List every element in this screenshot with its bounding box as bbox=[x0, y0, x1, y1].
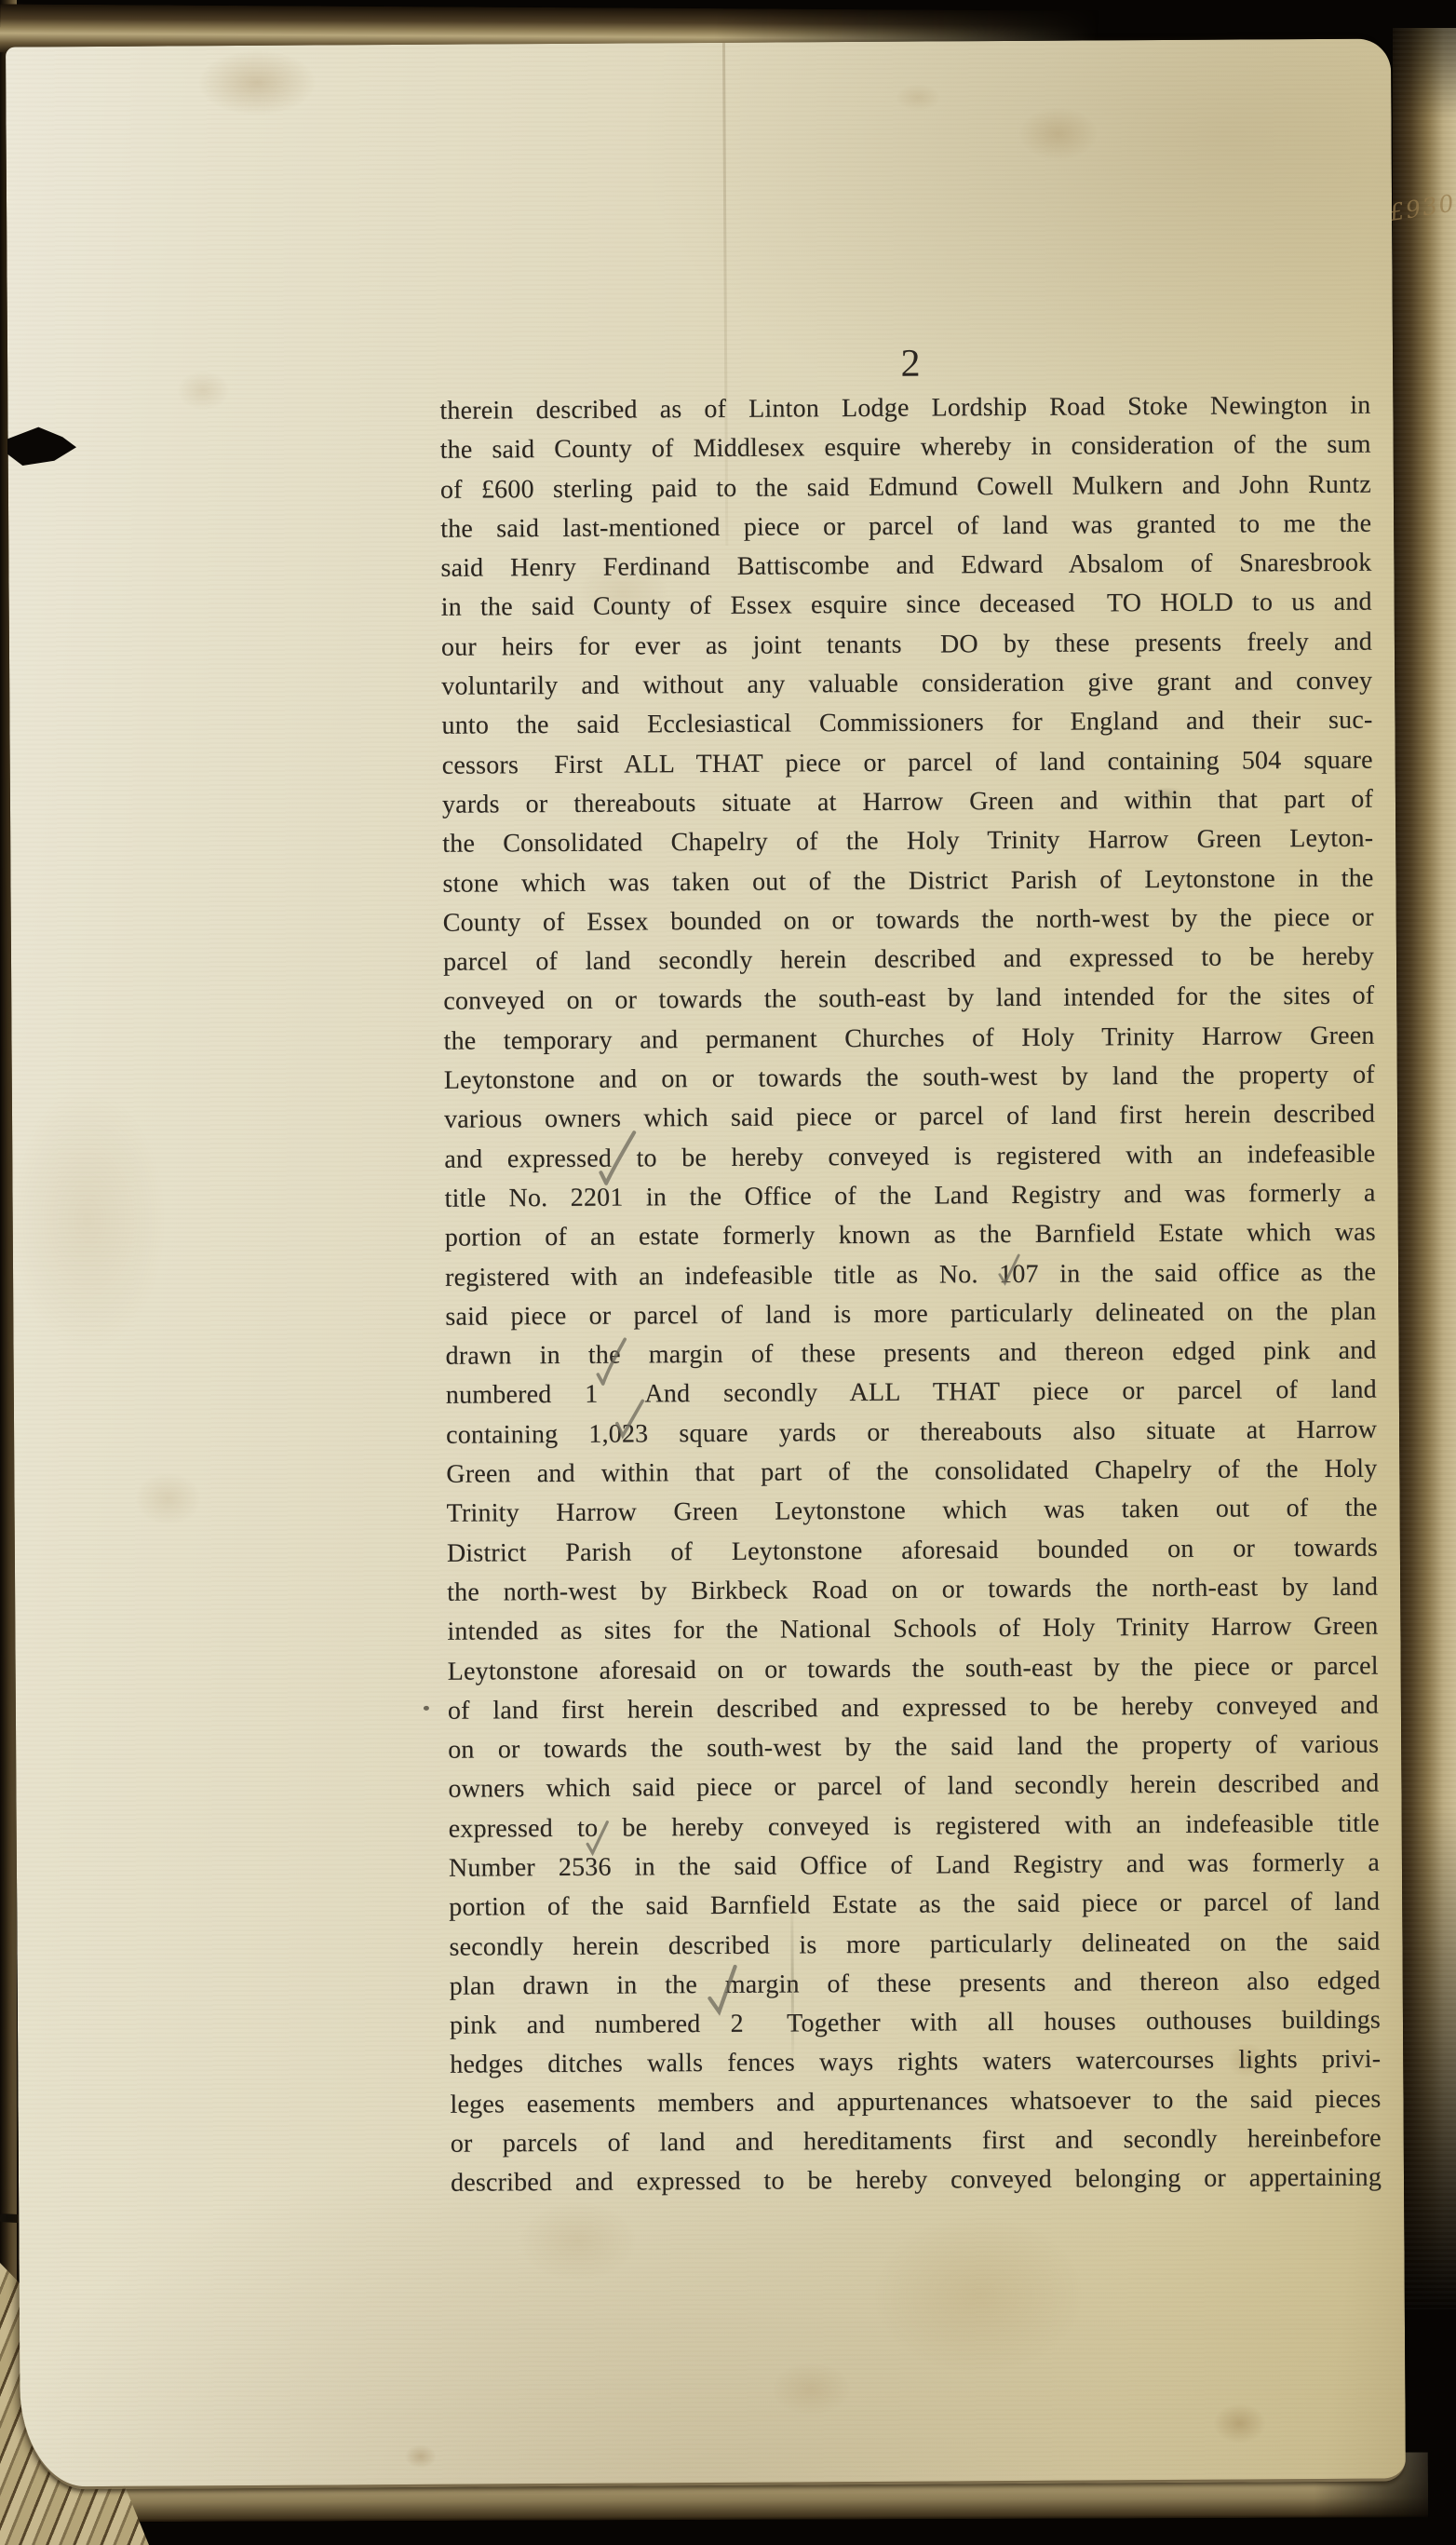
document-line: numbered 1 And secondly ALL THAT piece o… bbox=[446, 1371, 1377, 1415]
document-line: leges easements members and appurtenance… bbox=[450, 2079, 1381, 2124]
document-line: the north-west by Birkbeck Road on or to… bbox=[447, 1568, 1378, 1613]
document-line: and expressed to be hereby conveyed is r… bbox=[444, 1134, 1375, 1179]
document-line: secondly herein described is more partic… bbox=[449, 1922, 1380, 1967]
document-line: Green and within that part of the consol… bbox=[446, 1450, 1377, 1495]
document-line: portion of the said Barnfield Estate as … bbox=[449, 1883, 1380, 1928]
document-line: owners which said piece or parcel of lan… bbox=[448, 1765, 1379, 1809]
ink-speck bbox=[424, 1706, 429, 1711]
pencil-check-icon bbox=[583, 1817, 613, 1858]
document-line: the temporary and permanent Churches of … bbox=[443, 1016, 1374, 1061]
document-line: said Henry Ferdinand Battiscombe and Edw… bbox=[440, 544, 1371, 589]
document-line: unto the said Ecclesiastical Commissione… bbox=[441, 701, 1372, 746]
document-line: voluntarily and without any valuable con… bbox=[441, 662, 1372, 707]
document-line: in the said County of Essex esquire sinc… bbox=[441, 583, 1372, 628]
pencil-check-icon bbox=[592, 1125, 642, 1192]
document-line: drawn in the margin of these presents an… bbox=[445, 1332, 1376, 1376]
document-line: the said last-mentioned piece or parcel … bbox=[440, 505, 1371, 549]
document-line: conveyed on or towards the south-east by… bbox=[443, 977, 1374, 1022]
document-line: our heirs for ever as joint tenants DO b… bbox=[441, 622, 1372, 667]
pencil-check-icon bbox=[610, 1395, 649, 1440]
pencil-check-icon bbox=[996, 1252, 1022, 1287]
document-line: parcel of land secondly herein described… bbox=[443, 938, 1374, 982]
document-line: the Consolidated Chapelry of the Holy Tr… bbox=[442, 819, 1373, 864]
document-line: County of Essex bounded on or towards th… bbox=[443, 898, 1374, 942]
document-line: yards or thereabouts situate at Harrow G… bbox=[442, 780, 1373, 825]
document-line: of £600 sterling paid to the said Edmund… bbox=[440, 465, 1371, 509]
document-line: Leytonstone and on or towards the south-… bbox=[444, 1056, 1375, 1101]
document-line: or parcels of land and hereditaments fir… bbox=[451, 2119, 1382, 2164]
pencil-check-icon bbox=[698, 1960, 748, 2017]
document-line: cessors First ALL THAT piece or parcel o… bbox=[442, 740, 1373, 785]
document-line: pink and numbered 2 Together with all ho… bbox=[450, 2001, 1381, 2046]
document-line: Trinity Harrow Green Leytonstone which w… bbox=[447, 1489, 1378, 1534]
document-line: of land first herein described and expre… bbox=[448, 1685, 1379, 1730]
document-line: stone which was taken out of the Distric… bbox=[442, 859, 1373, 903]
book-scan: £930 2 therein described as of Linton Lo… bbox=[0, 0, 1456, 2545]
document-line: registered with an indefeasible title as… bbox=[445, 1252, 1376, 1297]
document-text: therein described as of Linton Lodge Lor… bbox=[439, 386, 1382, 2204]
document-line: therein described as of Linton Lodge Lor… bbox=[439, 386, 1370, 431]
pencil-check-icon bbox=[589, 1333, 636, 1391]
document-line: the said County of Middlesex esquire whe… bbox=[440, 426, 1371, 470]
document-page: 2 therein described as of Linton Lodge L… bbox=[6, 38, 1406, 2489]
document-line: District Parish of Leytonstone aforesaid… bbox=[447, 1528, 1378, 1573]
document-line: plan drawn in the margin of these presen… bbox=[450, 1961, 1381, 2006]
document-line: intended as sites for the National Schoo… bbox=[447, 1607, 1378, 1652]
document-line: various owners which said piece or parce… bbox=[444, 1095, 1375, 1140]
document-line: described and expressed to be hereby con… bbox=[451, 2159, 1382, 2203]
document-line: on or towards the south-west by the said… bbox=[448, 1726, 1379, 1770]
document-line: title No. 2201 in the Office of the Land… bbox=[444, 1174, 1375, 1219]
document-line: said piece or parcel of land is more par… bbox=[445, 1292, 1376, 1336]
document-line: containing 1,023 square yards or thereab… bbox=[446, 1410, 1377, 1455]
page-number: 2 bbox=[881, 341, 940, 386]
document-line: portion of an estate formerly known as t… bbox=[445, 1213, 1376, 1258]
document-line: Leytonstone aforesaid on or towards the … bbox=[448, 1646, 1379, 1691]
document-line: hedges ditches walls fences ways rights … bbox=[450, 2040, 1381, 2085]
